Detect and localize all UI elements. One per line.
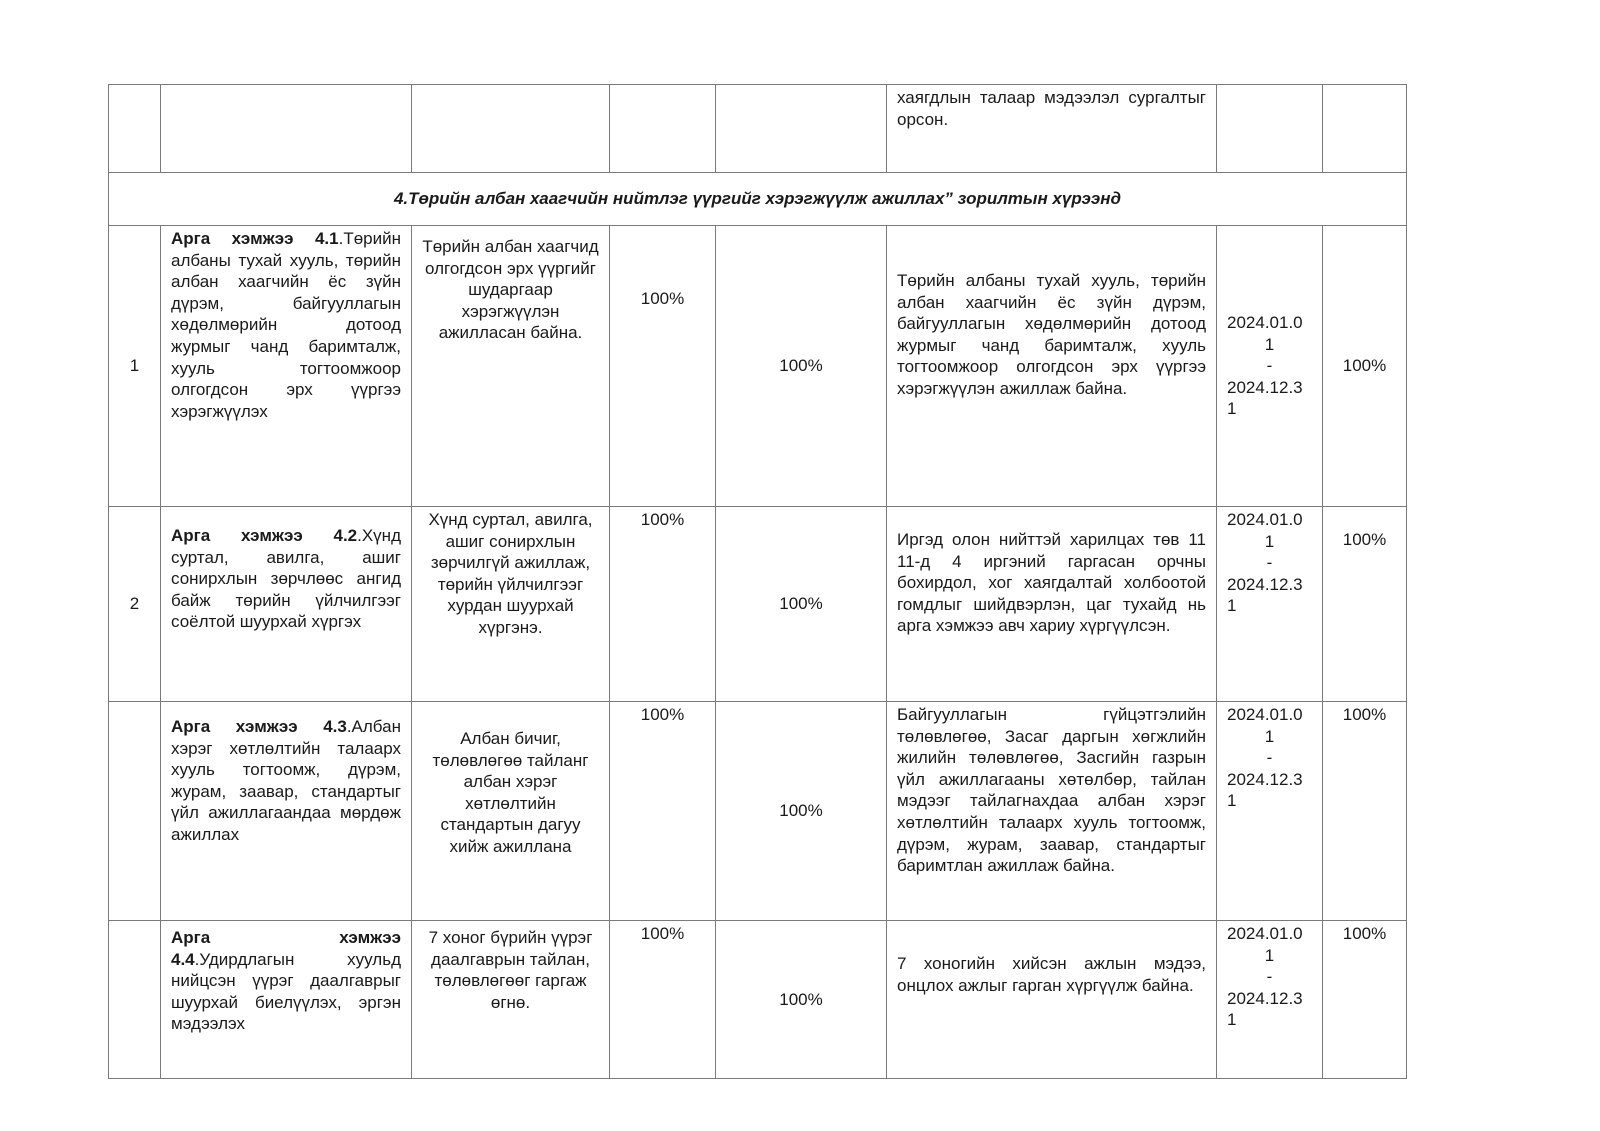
date-end: 2024.12.3 — [1227, 377, 1312, 399]
section-title: 4.Төрийн албан хаагчийн нийтлэг үүргийг … — [109, 173, 1407, 226]
expected-result: Албан бичиг, төлөвлөгөө тайланг албан хэ… — [412, 702, 610, 921]
table-row: 1 Арга хэмжээ 4.1.Төрийн албаны тухай ху… — [109, 226, 1407, 507]
action-cell: Арга хэмжээ 4.3.Албан хэрэг хөтлөлтийн т… — [161, 702, 412, 921]
date-range: 2024.01.0 1 - 2024.12.3 1 — [1217, 702, 1323, 921]
table-row: 2 Арга хэмжээ 4.2.Хүнд суртал, авилга, а… — [109, 507, 1407, 702]
expected-result: Хүнд суртал, авилга, ашиг сонирхлын зөрч… — [412, 507, 610, 702]
date-start: 2024.01.0 — [1227, 312, 1312, 334]
action-label: Арга хэмжээ 4.1 — [171, 229, 339, 248]
action-label: Арга хэмжээ 4.2 — [171, 526, 357, 545]
date-end-cont: 1 — [1227, 398, 1312, 420]
date-start-cont: 1 — [1227, 531, 1312, 553]
date-separator: - — [1227, 355, 1312, 377]
percent-eval: 100% — [1323, 226, 1407, 507]
percent-planned: 100% — [610, 702, 716, 921]
row-number — [109, 921, 161, 1079]
date-end: 2024.12.3 — [1227, 574, 1312, 596]
percent-eval: 100% — [1323, 921, 1407, 1079]
date-start-cont: 1 — [1227, 726, 1312, 748]
action-cell: Арга хэмжээ 4.2.Хүнд суртал, авилга, аши… — [161, 507, 412, 702]
date-separator: - — [1227, 747, 1312, 769]
percent-planned: 100% — [610, 226, 716, 507]
action-plan-table: хаягдлын талаар мэдээлэл сургалтыг орсон… — [108, 84, 1407, 1079]
action-text: .Албан хэрэг хөтлөлтийн талаарх хууль то… — [171, 717, 401, 844]
cell-action — [161, 85, 412, 173]
percent-done: 100% — [716, 507, 887, 702]
date-start: 2024.01.0 — [1227, 509, 1312, 531]
expected-result: 7 хоног бүрийн үүрэг даалгаврын тайлан, … — [412, 921, 610, 1079]
date-end-cont: 1 — [1227, 595, 1312, 617]
cell-expected — [412, 85, 610, 173]
cell-percent-planned — [610, 85, 716, 173]
row-number — [109, 702, 161, 921]
table-row-previous: хаягдлын талаар мэдээлэл сургалтыг орсон… — [109, 85, 1407, 173]
percent-planned: 100% — [610, 921, 716, 1079]
cell-result: хаягдлын талаар мэдээлэл сургалтыг орсон… — [887, 85, 1217, 173]
date-end: 2024.12.3 — [1227, 988, 1312, 1010]
action-text: .Төрийн албаны тухай хууль, төрийн албан… — [171, 229, 401, 421]
result-text: Иргэд олон нийттэй харилцах төв 11 11-д … — [887, 507, 1217, 702]
date-end-cont: 1 — [1227, 790, 1312, 812]
result-text: Байгууллагын гүйцэтгэлийн төлөвлөгөө, За… — [887, 702, 1217, 921]
percent-done: 100% — [716, 921, 887, 1079]
result-text: 7 хоногийн хийсэн ажлын мэдээ, онцлох аж… — [887, 921, 1217, 1079]
percent-planned: 100% — [610, 507, 716, 702]
date-separator: - — [1227, 966, 1312, 988]
section-header-row: 4.Төрийн албан хаагчийн нийтлэг үүргийг … — [109, 173, 1407, 226]
action-text: .Удирдлагын хуульд нийцсэн үүрэг даалгав… — [171, 950, 401, 1034]
table-row: Арга хэмжээ 4.4.Удирдлагын хуульд нийцсэ… — [109, 921, 1407, 1079]
percent-done: 100% — [716, 702, 887, 921]
date-range: 2024.01.0 1 - 2024.12.3 1 — [1217, 507, 1323, 702]
date-range: 2024.01.0 1 - 2024.12.3 1 — [1217, 226, 1323, 507]
cell-number — [109, 85, 161, 173]
date-start-cont: 1 — [1227, 945, 1312, 967]
table-row: Арга хэмжээ 4.3.Албан хэрэг хөтлөлтийн т… — [109, 702, 1407, 921]
expected-result: Төрийн албан хаагчид олгогдсон эрх үүрги… — [412, 226, 610, 507]
percent-eval: 100% — [1323, 507, 1407, 702]
row-number: 1 — [109, 226, 161, 507]
date-end: 2024.12.3 — [1227, 769, 1312, 791]
date-range: 2024.01.0 1 - 2024.12.3 1 — [1217, 921, 1323, 1079]
date-start-cont: 1 — [1227, 334, 1312, 356]
action-label: Арга хэмжээ 4.3 — [171, 717, 347, 736]
date-start: 2024.01.0 — [1227, 704, 1312, 726]
percent-eval: 100% — [1323, 702, 1407, 921]
percent-done: 100% — [716, 226, 887, 507]
action-cell: Арга хэмжээ 4.1.Төрийн албаны тухай хуул… — [161, 226, 412, 507]
result-text: Төрийн албаны тухай хууль, төрийн албан … — [887, 226, 1217, 507]
cell-date — [1217, 85, 1323, 173]
row-number: 2 — [109, 507, 161, 702]
date-separator: - — [1227, 552, 1312, 574]
cell-percent-done — [716, 85, 887, 173]
action-cell: Арга хэмжээ 4.4.Удирдлагын хуульд нийцсэ… — [161, 921, 412, 1079]
date-end-cont: 1 — [1227, 1009, 1312, 1031]
cell-percent-eval — [1323, 85, 1407, 173]
date-start: 2024.01.0 — [1227, 923, 1312, 945]
